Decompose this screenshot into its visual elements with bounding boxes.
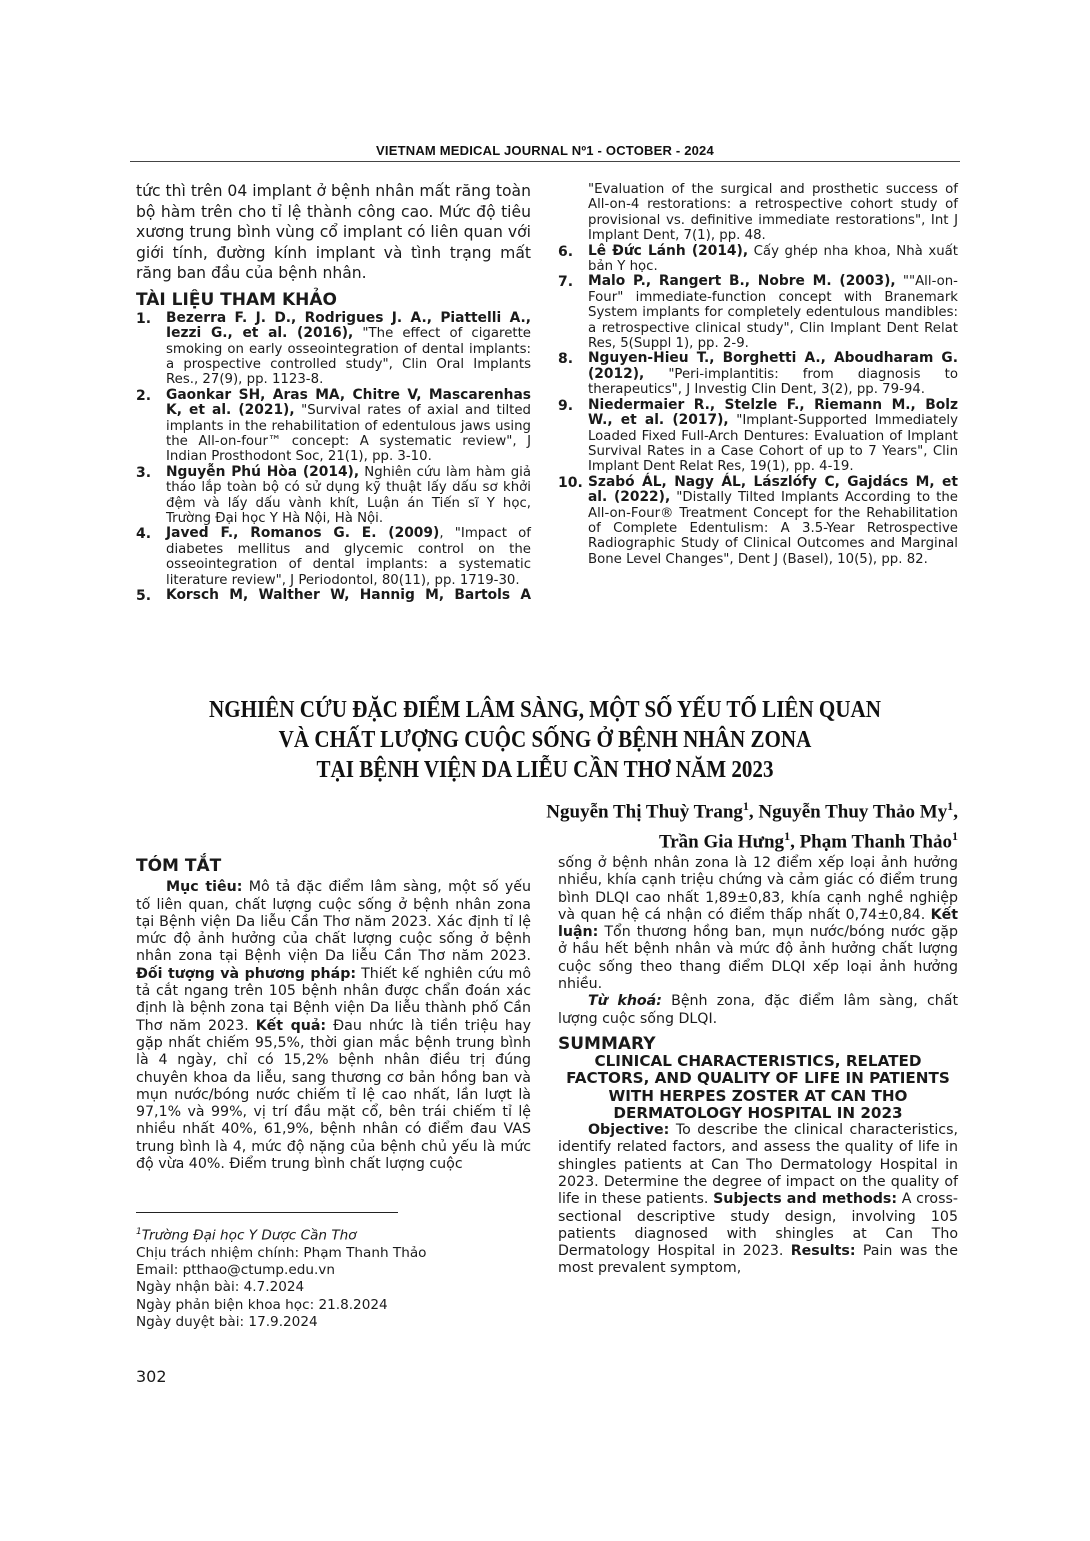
reference-item: 3. Nguyễn Phú Hòa (2014), Nghiên cứu làm… <box>136 465 531 527</box>
reference-number: 5. <box>136 588 166 605</box>
author-list: Nguyễn Thị Thuỳ Trang1, Nguyễn Thuy Thảo… <box>440 794 958 855</box>
author-separator: , <box>953 801 958 822</box>
journal-page: VIETNAM MEDICAL JOURNAL Nº1 - OCTOBER - … <box>0 0 1090 1541</box>
keywords: Từ khoá: Bệnh zona, đặc điểm lâm sàng, c… <box>558 993 958 1028</box>
reference-number: 10. <box>558 475 588 567</box>
author-separator: , <box>790 832 800 853</box>
title-line: TẠI BỆNH VIỆN DA LIỄU CẦN THƠ NĂM 2023 <box>197 755 894 785</box>
objective-label: Mục tiêu: <box>166 879 242 895</box>
results-label: Kết quả: <box>256 1018 326 1034</box>
received-date: Ngày nhận bài: 4.7.2024 <box>136 1279 536 1296</box>
summary-body: Objective: To describe the clinical char… <box>558 1122 958 1278</box>
author-separator: , <box>749 801 759 822</box>
running-head: VIETNAM MEDICAL JOURNAL Nº1 - OCTOBER - … <box>130 143 960 158</box>
abstract-vietnamese: TÓM TẮT Mục tiêu: Mô tả đặc điểm lâm sàn… <box>136 858 531 1173</box>
reference-number: 8. <box>558 351 588 397</box>
abstract-body: Mục tiêu: Mô tả đặc điểm lâm sàng, một s… <box>136 879 531 1173</box>
results-text-continued: sống ở bệnh nhân zona là 12 điểm xếp loạ… <box>558 855 958 923</box>
reference-number: 6. <box>558 244 588 275</box>
previous-article-conclusion: tức thì trên 04 implant ở bệnh nhân mất … <box>136 181 531 284</box>
keywords-label: Từ khoá: <box>588 993 662 1009</box>
left-column-top: tức thì trên 04 implant ở bệnh nhân mất … <box>136 181 531 605</box>
reference-number: 9. <box>558 398 588 475</box>
accepted-date: Ngày duyệt bài: 17.9.2024 <box>136 1314 536 1331</box>
reference-number: 7. <box>558 274 588 351</box>
email: Email: ptthao@ctump.edu.vn <box>136 1262 536 1279</box>
reference-authors: Nguyễn Phú Hòa (2014), <box>166 464 359 480</box>
reference-item: 9. Niedermaier R., Stelzle F., Riemann M… <box>558 398 958 475</box>
summary-title: CLINICAL CHARACTERISTICS, RELATED FACTOR… <box>558 1053 958 1122</box>
footnote: 1Trường Đại học Y Dược Cần Thơ Chịu trác… <box>136 1224 536 1331</box>
reference-text: "Evaluation of the surgical and prosthet… <box>588 182 958 244</box>
references-heading: TÀI LIỆU THAM KHẢO <box>136 292 531 309</box>
reference-number: 4. <box>136 526 166 588</box>
abstract-heading: TÓM TẮT <box>136 858 531 875</box>
results-label: Results: <box>791 1243 856 1259</box>
methods-label: Subjects and methods: <box>713 1191 897 1207</box>
reference-item-continued: "Evaluation of the surgical and prosthet… <box>558 182 958 244</box>
results-text: Đau nhức là tiền triệu hay gặp nhất chiế… <box>136 1018 531 1172</box>
reference-item: 8. Nguyen-Hieu T., Borghetti A., Aboudha… <box>558 351 958 397</box>
reference-authors: Korsch M, Walther W, Hannig M, Bartols A… <box>166 588 531 604</box>
author-name: Trần Gia Hưng <box>659 832 784 853</box>
right-column-top: "Evaluation of the surgical and prosthet… <box>558 182 958 567</box>
reference-item: 1. Bezerra F. J. D., Rodrigues J. A., Pi… <box>136 311 531 388</box>
affiliation: Trường Đại học Y Dược Cần Thơ <box>142 1228 357 1244</box>
reference-item: 5. Korsch M, Walther W, Hannig M, Bartol… <box>136 588 531 605</box>
reference-number: 3. <box>136 465 166 527</box>
review-date: Ngày phản biện khoa học: 21.8.2024 <box>136 1297 536 1314</box>
page-number: 302 <box>136 1367 167 1386</box>
reference-text: "Peri-implantitis: from diagnosis to the… <box>588 367 958 397</box>
reference-authors: Lê Đức Lánh (2014), <box>588 243 748 259</box>
author-name: Phạm Thanh Thảo <box>800 832 952 853</box>
author-affiliation-mark: 1 <box>952 829 958 843</box>
reference-item: 10. Szabó ÁL, Nagy ÁL, Lászlófy C, Gajdá… <box>558 475 958 567</box>
summary-heading: SUMMARY <box>558 1036 958 1053</box>
corresponding-author: Chịu trách nhiệm chính: Phạm Thanh Thảo <box>136 1245 536 1262</box>
objective-label: Objective: <box>588 1122 669 1138</box>
reference-item: 7. Malo P., Rangert B., Nobre M. (2003),… <box>558 274 958 351</box>
conclusion-text: Tổn thương hồng ban, mụn nước/bóng nước … <box>558 924 958 992</box>
article-title: NGHIÊN CỨU ĐẶC ĐIỂM LÂM SÀNG, MỘT SỐ YẾU… <box>197 695 894 785</box>
reference-authors: Malo P., Rangert B., Nobre M. (2003), <box>588 273 896 289</box>
reference-item: 2. Gaonkar SH, Aras MA, Chitre V, Mascar… <box>136 388 531 465</box>
title-line: NGHIÊN CỨU ĐẶC ĐIỂM LÂM SÀNG, MỘT SỐ YẾU… <box>197 695 894 725</box>
author-name: Nguyễn Thuy Thảo My <box>758 801 947 822</box>
abstract-continued: sống ở bệnh nhân zona là 12 điểm xếp loạ… <box>558 855 958 1278</box>
footnote-rule <box>136 1212 398 1213</box>
reference-item: 4. Javed F., Romanos G. E. (2009), "Impa… <box>136 526 531 588</box>
reference-authors: Javed F., Romanos G. E. (2009) <box>166 525 439 541</box>
header-rule <box>130 161 960 162</box>
reference-number: 2. <box>136 388 166 465</box>
reference-number: 1. <box>136 311 166 388</box>
author-name: Nguyễn Thị Thuỳ Trang <box>546 801 743 822</box>
abstract-body-continued: sống ở bệnh nhân zona là 12 điểm xếp loạ… <box>558 855 958 993</box>
methods-label: Đối tượng và phương pháp: <box>136 966 356 982</box>
reference-item: 6. Lê Đức Lánh (2014), Cấy ghép nha khoa… <box>558 244 958 275</box>
title-line: VÀ CHẤT LƯỢNG CUỘC SỐNG Ở BỆNH NHÂN ZONA <box>197 725 894 755</box>
